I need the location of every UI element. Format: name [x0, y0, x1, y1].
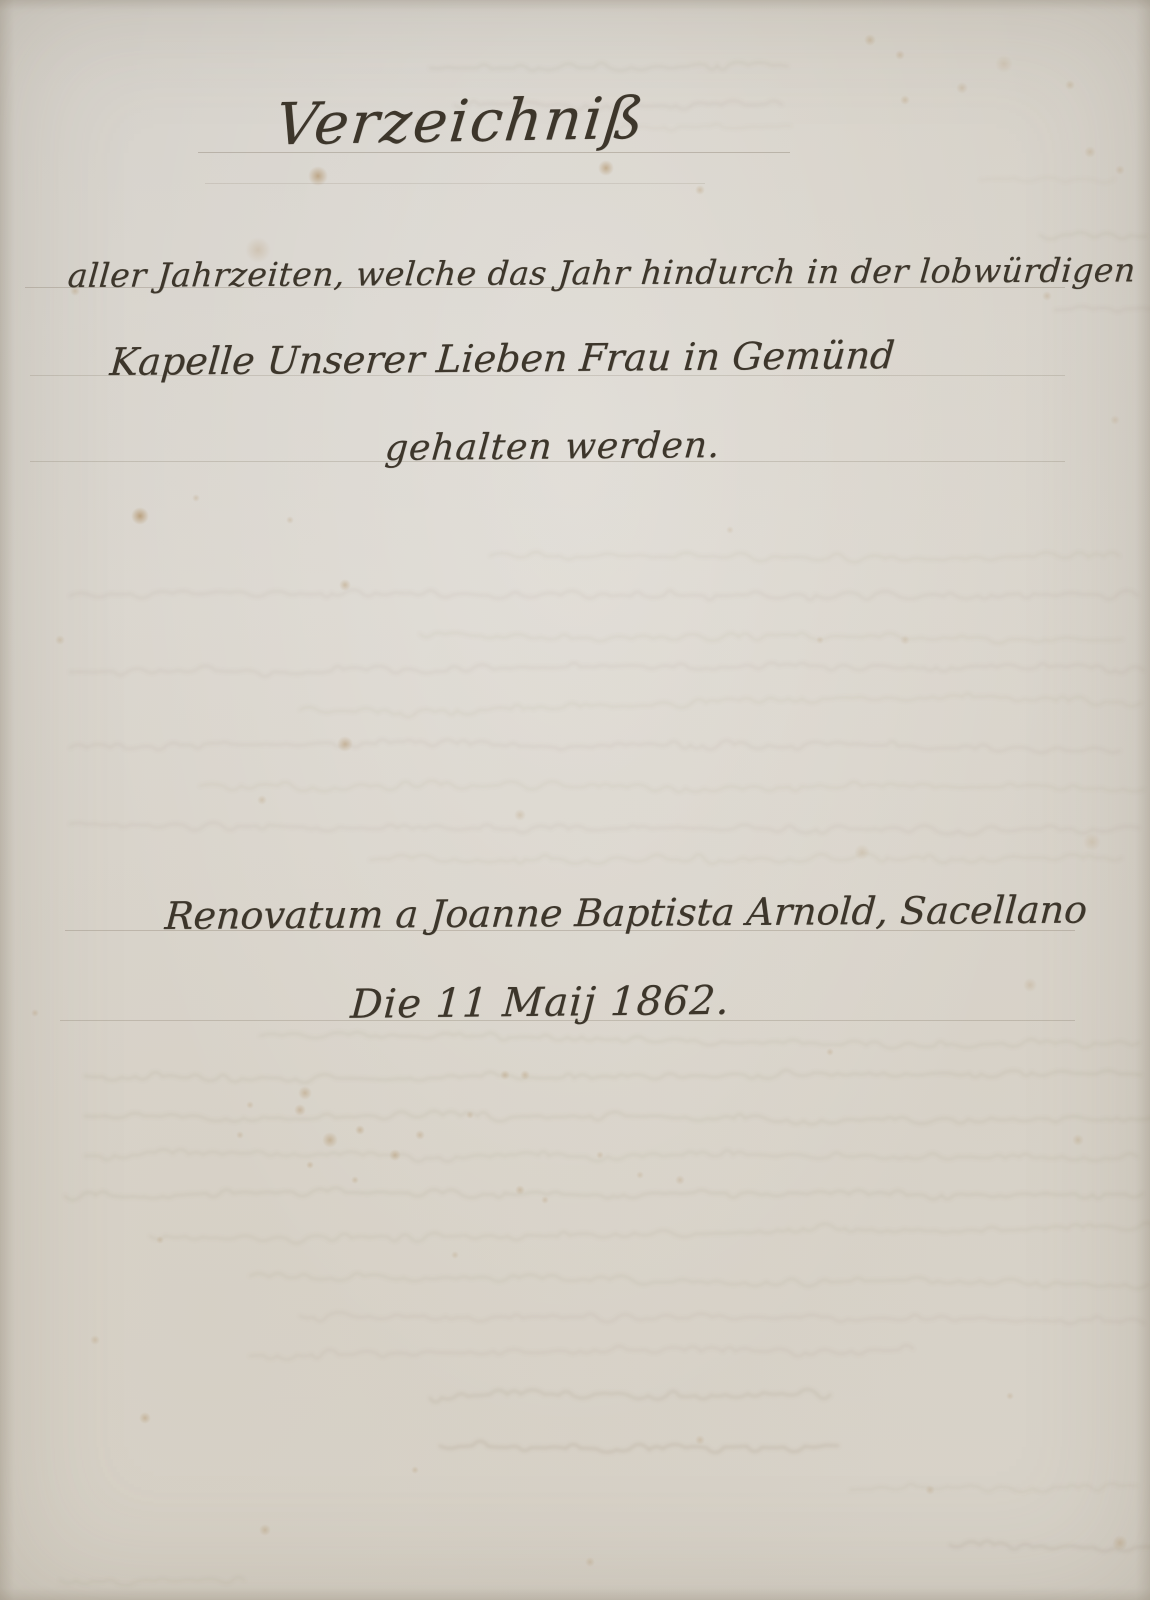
foxing-spot [339, 579, 351, 591]
ghost-text-line [430, 1389, 830, 1402]
foxing-spot [995, 55, 1013, 73]
foxing-spot [514, 809, 526, 821]
foxing-spot [1023, 978, 1037, 992]
ghost-text-line [1040, 232, 1146, 239]
foxing-spot [900, 95, 910, 105]
foxing-spot [1084, 146, 1096, 158]
foxing-spot [351, 1176, 359, 1184]
foxing-spot [337, 736, 353, 752]
foxing-spot [895, 50, 905, 60]
foxing-spot [55, 635, 65, 645]
foxing-spot [1065, 80, 1075, 90]
body-line-2: Kapelle Unserer Lieben Frau in Gemünd [108, 334, 822, 384]
page-title: Verzeichniß [176, 82, 744, 160]
foxing-spot [636, 1171, 644, 1179]
foxing-spot [389, 1149, 401, 1161]
foxing-spot [466, 1111, 474, 1119]
foxing-spot [1042, 291, 1052, 301]
ghost-text-line [300, 694, 1140, 718]
ghost-text-line [65, 1188, 1142, 1200]
ruled-guideline [205, 183, 705, 184]
ghost-text-line [1055, 306, 1150, 311]
foxing-spot [257, 795, 267, 805]
foxing-spot [541, 1196, 549, 1204]
ghost-text-line [950, 1541, 1150, 1551]
foxing-spot [598, 160, 614, 176]
foxing-spot [139, 1412, 151, 1424]
foxing-spot [415, 1130, 425, 1140]
foxing-spot [520, 1070, 530, 1080]
foxing-spot [864, 34, 876, 46]
foxing-spot [1110, 415, 1120, 425]
foxing-spot [925, 1485, 935, 1495]
ghost-text-line [200, 781, 1144, 792]
foxing-spot [156, 1236, 164, 1244]
foxing-spot [695, 185, 705, 195]
foxing-spot [236, 1131, 244, 1139]
ghost-text-line [70, 740, 1120, 753]
ghost-text-line [980, 177, 1114, 182]
ghost-text-line [430, 62, 788, 70]
foxing-spot [90, 1335, 100, 1345]
ghost-text-line [370, 854, 1122, 864]
ghost-text-line [260, 1032, 1139, 1048]
foxing-spot [826, 1048, 834, 1056]
ghost-text-line [250, 1273, 1149, 1288]
foxing-spot [355, 1125, 365, 1135]
foxing-spot [695, 1435, 705, 1445]
foxing-spot [286, 516, 294, 524]
foxing-spot [816, 636, 824, 644]
foxing-spot [298, 1086, 312, 1100]
body-line-3: gehalten werden. [383, 425, 716, 469]
foxing-spot [956, 82, 968, 94]
foxing-spot [854, 844, 870, 860]
ghost-text-line [60, 1577, 244, 1585]
foxing-spot [500, 1070, 510, 1080]
foxing-spot [246, 1101, 254, 1109]
foxing-spot [515, 1185, 525, 1195]
foxing-spot [1112, 1535, 1128, 1551]
body-line-1: aller Jahrzeiten, welche das Jahr hindur… [66, 250, 1137, 295]
ghost-text-line [70, 590, 1137, 600]
ghost-text-line [70, 663, 1144, 677]
foxing-spot [131, 507, 149, 525]
foxing-spot [1083, 833, 1101, 851]
ghost-text-line [70, 822, 1139, 834]
foxing-spot [31, 1009, 39, 1017]
foxing-spot [675, 1175, 685, 1185]
foxing-spot [259, 1524, 271, 1536]
ghost-text-line [300, 1312, 1144, 1323]
foxing-spot [1072, 1134, 1084, 1146]
foxing-spot [451, 1251, 459, 1259]
ghost-text-line [440, 1441, 838, 1453]
ghost-text-line [85, 1111, 1150, 1124]
foxing-spot [1115, 165, 1125, 175]
foxing-spot [294, 1104, 306, 1116]
ghost-text-line [850, 1484, 1137, 1492]
ghost-text-line [250, 1345, 913, 1359]
foxing-spot [322, 1132, 338, 1148]
bleedthrough-ghost-writing [0, 0, 1150, 1600]
foxing-spot [306, 1161, 314, 1169]
date-note: Die 11 Maij 1862. [329, 978, 752, 1028]
ghost-text-line [150, 1223, 1150, 1244]
ghost-text-line [490, 552, 1119, 562]
foxing-spot [585, 1557, 595, 1567]
ghost-text-line [85, 1070, 1141, 1082]
foxing-spot [900, 635, 910, 645]
foxing-spot [726, 526, 734, 534]
ghost-text-line [420, 633, 1122, 644]
foxing-spot [192, 494, 200, 502]
ghost-text-line [85, 1149, 1137, 1161]
foxing-spot [308, 166, 328, 186]
foxing-spot [1006, 1392, 1014, 1400]
foxing-spot [596, 1151, 604, 1159]
renovation-note: Renovatum a Joanne Baptista Arnold, Sace… [164, 888, 1037, 938]
foxing-spot [411, 1466, 419, 1474]
manuscript-page: Verzeichniß aller Jahrzeiten, welche das… [0, 0, 1150, 1600]
